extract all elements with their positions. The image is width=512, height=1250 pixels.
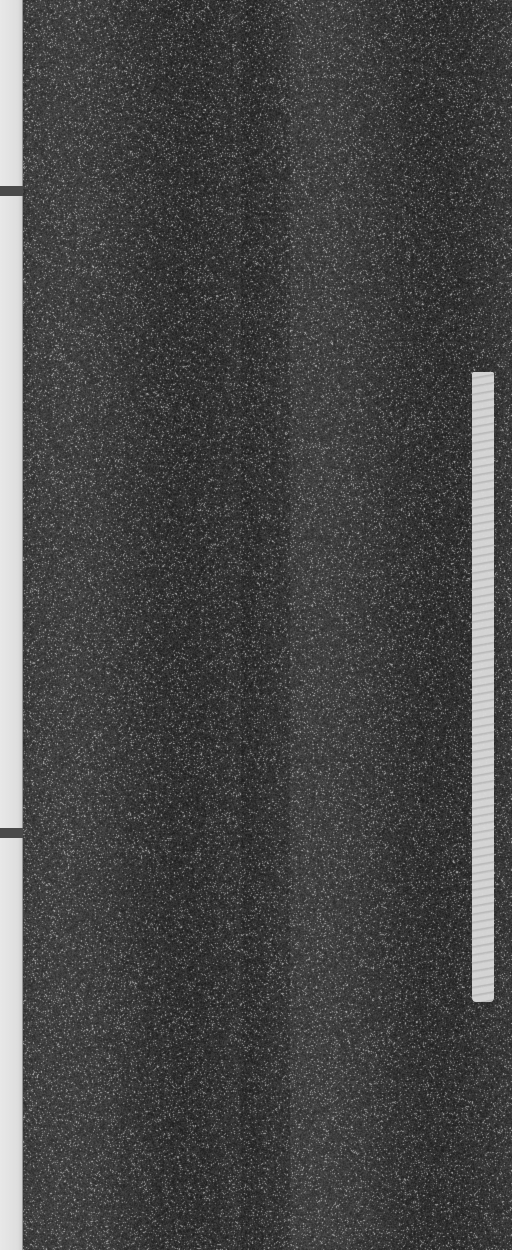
lane-dash-marking <box>472 372 494 1002</box>
edge-line-break <box>0 828 23 838</box>
asphalt-texture <box>0 0 512 1250</box>
road-scene: aerial view of asphalt road surface with… <box>0 0 512 1250</box>
edge-line-break <box>0 186 23 196</box>
